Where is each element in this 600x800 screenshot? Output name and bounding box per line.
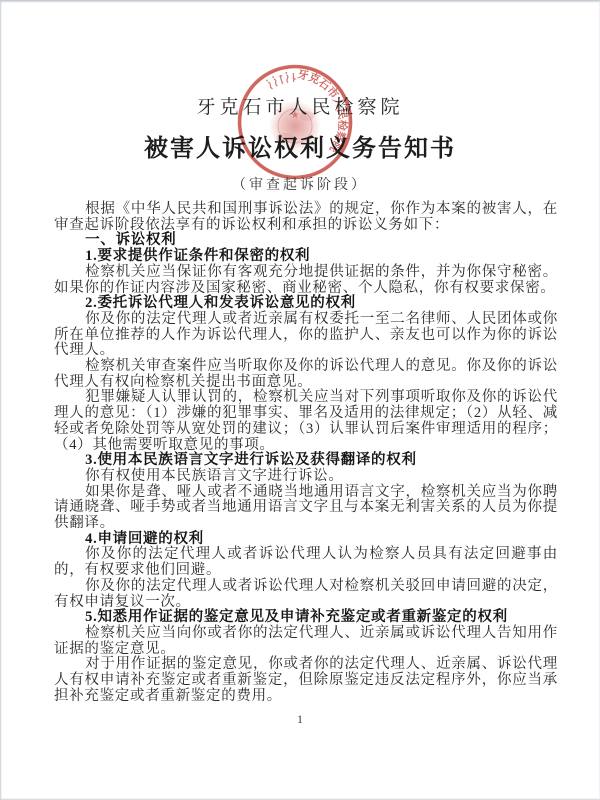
paragraph: 你及你的法定代理人或者近亲属有权委托一至二名律师、人民团体或你所在单位推荐的人作… [54,312,558,359]
paragraph: 你及你的法定代理人或者诉讼代理人对检察机关驳回申请回避的决定，有权申请复议一次。 [54,579,558,610]
paragraph: 检察机关应当向你或者你的法定代理人、近亲属或诉讼代理人告知用作证据的鉴定意见。 [54,626,558,657]
item-heading: 1.要求提供作证条件和保密的权利 [54,249,558,265]
paragraph: 对于用作证据的鉴定意见，你或者你的法定代理人、近亲属、诉讼代理人有权申请补充鉴定… [54,657,558,704]
document-header: 牙克石市人民检察院 被害人诉讼权利义务告知书 （审查起诉阶段） [0,0,600,194]
document-stage: （审查起诉阶段） [0,177,600,194]
document-title: 被害人诉讼权利义务告知书 [0,134,600,164]
paragraph: 检察机关审查案件应当听取你及你的诉讼代理人的意见。你及你的诉讼代理人有权向检察机… [54,359,558,390]
paragraph: 你有权使用本民族语言文字进行诉讼。 [54,469,558,485]
paragraph: 根据《中华人民共和国刑事诉讼法》的规定，你作为本案的被害人，在审查起诉阶段依法享… [54,202,558,233]
paragraph: 如果你是聋、哑人或者不通晓当地通用语言文字，检察机关应当为你聘请通晓聋、哑手势或… [54,485,558,532]
paragraph: 你及你的法定代理人或者诉讼代理人认为检察人员具有法定回避事由的，有权要求他们回避… [54,547,558,578]
section-heading: 一、诉讼权利 [54,233,558,249]
item-heading: 5.知悉用作证据的鉴定意见及申请补充鉴定或者重新鉴定的权利 [54,610,558,626]
item-heading: 3.使用本民族语言文字进行诉讼及获得翻译的权利 [54,453,558,469]
document-body: 根据《中华人民共和国刑事诉讼法》的规定，你作为本案的被害人，在审查起诉阶段依法享… [54,202,558,705]
page-number: 1 [0,712,600,727]
item-heading: 2.委托诉讼代理人和发表诉讼意见的权利 [54,296,558,312]
org-name: 牙克石市人民检察院 [0,97,600,119]
paragraph: 检察机关应当保证你有客观充分地提供证据的条件，并为你保守秘密。如果你的作证内容涉… [54,265,558,296]
scanned-page: ★ 牙克石市人民检察院 牙克石市人民检察院 被害人诉讼权利义务告知书 （审查起诉… [0,0,600,800]
paragraph: 犯罪嫌疑人认罪认罚的，检察机关应当对下列事项听取你及你的诉讼代理人的意见：（1）… [54,390,558,453]
